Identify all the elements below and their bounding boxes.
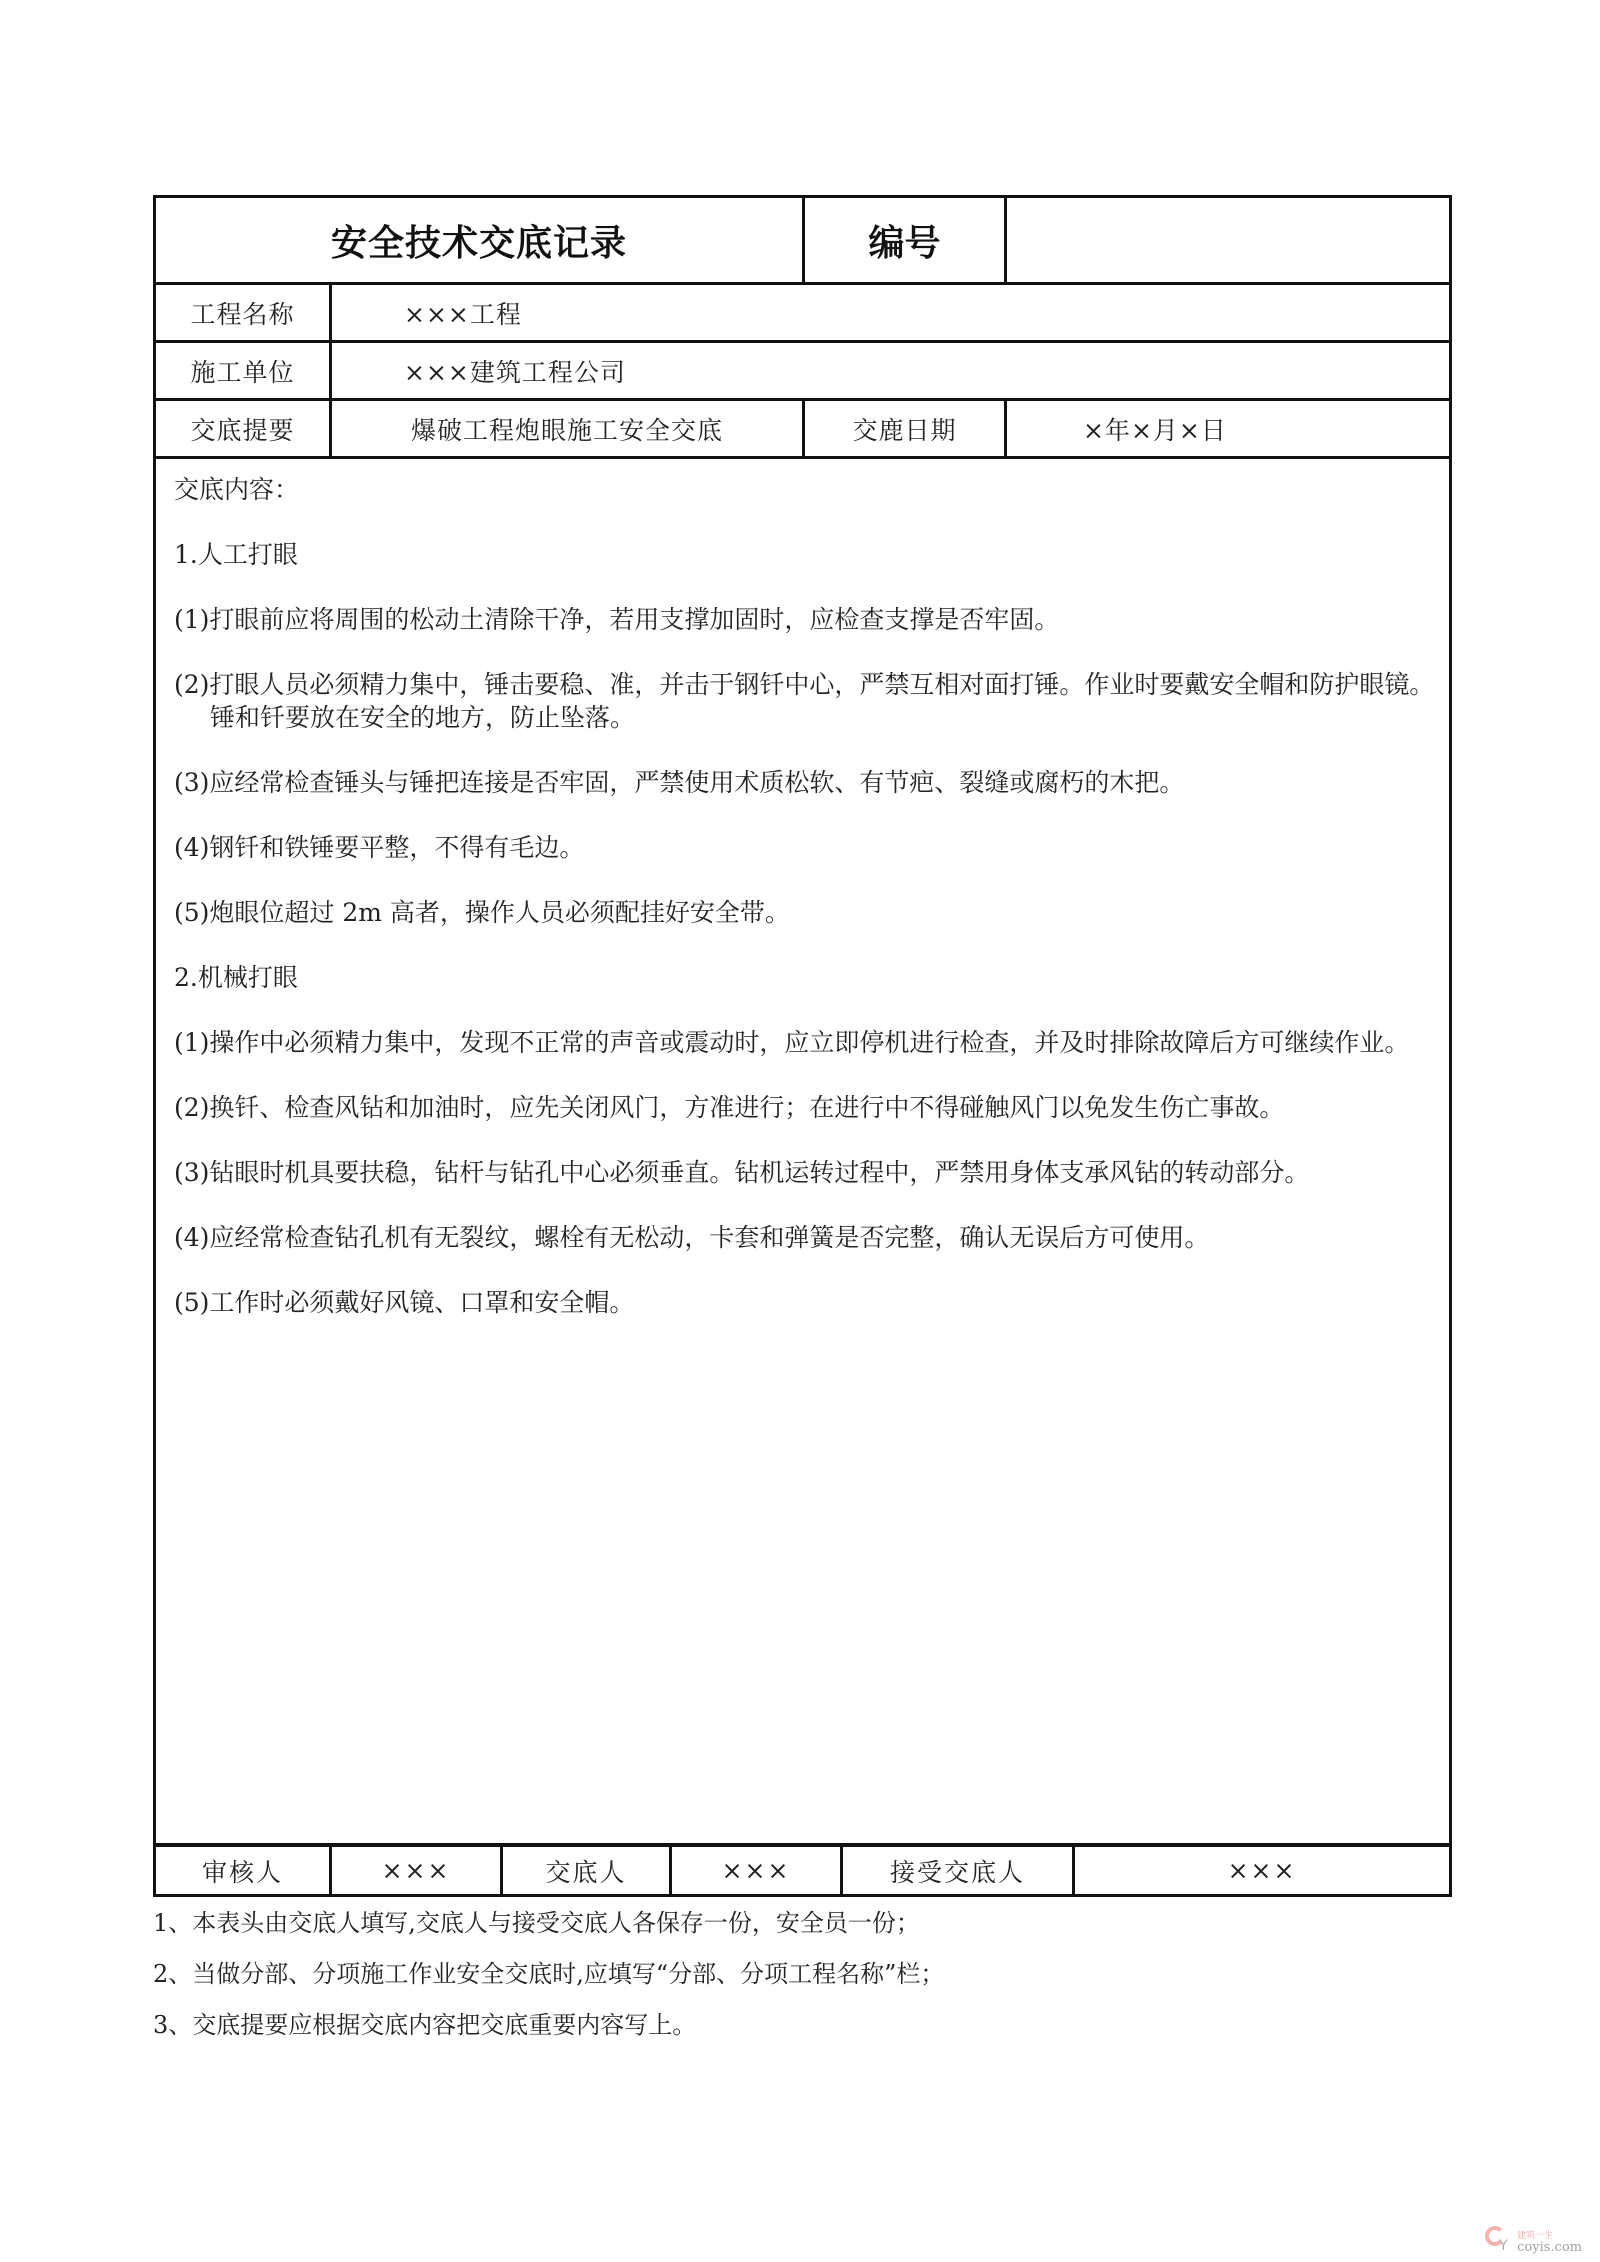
content-row: 交底内容： 1.人工打眼 (1)打眼前应将周围的松动土清除干净，若用支撑加固时，… — [155, 458, 1451, 1846]
receiver-value[interactable]: ××× — [1074, 1845, 1451, 1896]
date-value[interactable]: ×年×月×日 — [1006, 400, 1451, 458]
title-row: 安全技术交底记录 编号 — [155, 197, 1451, 284]
footnote: 3、交底提要应根据交底内容把交底重要内容写上。 — [153, 2010, 1453, 2061]
content-area: 交底内容： 1.人工打眼 (1)打眼前应将周围的松动土清除干净，若用支撑加固时，… — [155, 458, 1451, 1846]
contractor-row: 施工单位 ×××建筑工程公司 — [155, 342, 1451, 400]
list-item: (5)炮眼位超过 2m 高者，操作人员必须配挂好安全带。 — [174, 896, 1437, 929]
contractor-label: 施工单位 — [155, 342, 331, 400]
list-item: (4)应经常检查钻孔机有无裂纹，螺栓有无松动，卡套和弹簧是否完整，确认无误后方可… — [174, 1221, 1437, 1254]
list-item: (1)打眼前应将周围的松动土清除干净，若用支撑加固时，应检查支撑是否牢固。 — [174, 603, 1437, 636]
footnotes: 1、本表头由交底人填写,交底人与接受交底人各保存一份，安全员一份； 2、当做分部… — [153, 1908, 1453, 2061]
content-heading: 交底内容： — [174, 473, 1437, 506]
receiver-label: 接受交底人 — [842, 1845, 1074, 1896]
section-title: 2.机械打眼 — [174, 961, 1437, 994]
discloser-label: 交底人 — [502, 1845, 671, 1896]
list-item: (5)工作时必须戴好风镜、口罩和安全帽。 — [174, 1286, 1437, 1319]
summary-row: 交底提要 爆破工程炮眼施工安全交底 交鹿日期 ×年×月×日 — [155, 400, 1451, 458]
form-title: 安全技术交底记录 — [155, 197, 804, 284]
summary-label: 交底提要 — [155, 400, 331, 458]
list-item: (4)钢钎和铁锤要平整，不得有毛边。 — [174, 831, 1437, 864]
project-name-label: 工程名称 — [155, 284, 331, 342]
document-page: 安全技术交底记录 编号 工程名称 ×××工程 施工单位 ×××建筑工程公司 交底… — [0, 0, 1600, 2262]
safety-disclosure-form: 安全技术交底记录 编号 工程名称 ×××工程 施工单位 ×××建筑工程公司 交底… — [153, 195, 1452, 1897]
list-item: (1)操作中必须精力集中，发现不正常的声音或震动时，应立即停机进行检查，并及时排… — [174, 1026, 1437, 1059]
discloser-value[interactable]: ××× — [671, 1845, 842, 1896]
project-name-row: 工程名称 ×××工程 — [155, 284, 1451, 342]
list-item: (2)换钎、检查风钻和加油时，应先关闭风门，方准进行；在进行中不得碰触风门以免发… — [174, 1091, 1437, 1124]
summary-value[interactable]: 爆破工程炮眼施工安全交底 — [331, 400, 804, 458]
contractor-value[interactable]: ×××建筑工程公司 — [331, 342, 1451, 400]
list-item: (3)应经常检查锤头与锤把连接是否牢固，严禁使用术质松软、有节疤、裂缝或腐朽的木… — [174, 766, 1437, 799]
site-logo-icon: Y — [1485, 2226, 1513, 2254]
number-value-field[interactable] — [1006, 197, 1451, 284]
project-name-value[interactable]: ×××工程 — [331, 284, 1451, 342]
date-label: 交鹿日期 — [804, 400, 1006, 458]
section-title: 1.人工打眼 — [174, 538, 1437, 571]
footnote: 2、当做分部、分项施工作业安全交底时,应填写“分部、分项工程名称”栏； — [153, 1959, 1453, 2010]
number-label: 编号 — [804, 197, 1006, 284]
signature-row: 审核人 ××× 交底人 ××× 接受交底人 ××× — [155, 1845, 1451, 1896]
watermark: Y 建筑一生 coyis.com — [1485, 2226, 1582, 2254]
reviewer-label: 审核人 — [155, 1845, 331, 1896]
watermark-en: coyis.com — [1517, 2241, 1582, 2254]
list-item: (3)钻眼时机具要扶稳，钻杆与钻孔中心必须垂直。钻机运转过程中，严禁用身体支承风… — [174, 1156, 1437, 1189]
list-item: (2)打眼人员必须精力集中，锤击要稳、准，并击于钢钎中心，严禁互相对面打锤。作业… — [174, 668, 1437, 734]
reviewer-value[interactable]: ××× — [331, 1845, 502, 1896]
footnote: 1、本表头由交底人填写,交底人与接受交底人各保存一份，安全员一份； — [153, 1908, 1453, 1959]
